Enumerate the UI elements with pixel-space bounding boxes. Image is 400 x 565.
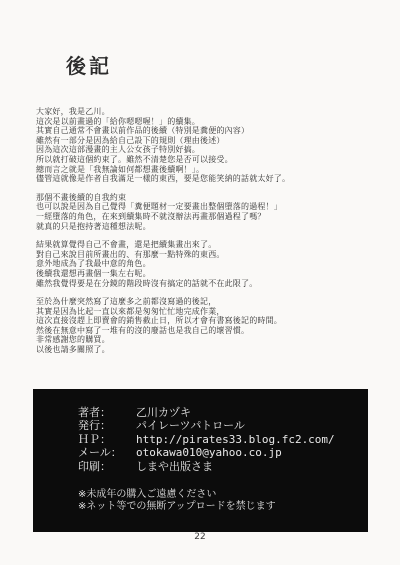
colophon-box: 著者： 乙川カヅキ 発行： パイレーツパトロール ＨＰ： http://pira… — [33, 389, 368, 532]
afterword-line: 所以就打破這個約束了。雖然不清楚您是否可以接受。 — [36, 155, 371, 165]
afterword-line: 其實自己通常不會畫以前作品的後續（特別是糞便的內容） — [36, 126, 371, 136]
afterword-line: 至於為什麼突然寫了這麼多之前都沒寫過的後記， — [36, 297, 371, 307]
colophon-credits: 著者： 乙川カヅキ 発行： パイレーツパトロール ＨＰ： http://pira… — [78, 406, 335, 473]
colophon-row-author: 著者： 乙川カヅキ — [78, 406, 335, 419]
afterword-paragraph: 大家好，我是乙川。 這次是以前畫過的「給你嗯嗯喔！」的續集。 其實自己通常不會畫… — [36, 107, 371, 184]
afterword-line: 其實是因為比起一直以來都是匆匆忙忙地完成作業， — [36, 307, 371, 317]
page-title: 後記 — [66, 50, 112, 79]
page-number: 22 — [0, 532, 400, 542]
afterword-line: 以後也請多關照了。 — [36, 345, 371, 355]
colophon-value-publisher: パイレーツパトロール — [136, 419, 245, 432]
afterword-paragraph: 至於為什麼突然寫了這麼多之前都沒寫過的後記， 其實是因為比起一直以來都是匆匆忙忙… — [36, 297, 371, 355]
colophon-label-publisher: 発行： — [78, 419, 136, 432]
afterword-line: 一經墮落的角色，在來到續集時不就沒辦法再畫那個過程了嗎？ — [36, 212, 371, 222]
colophon-label-homepage: ＨＰ： — [78, 433, 136, 446]
afterword-line: 這次是以前畫過的「給你嗯嗯喔！」的續集。 — [36, 117, 371, 127]
colophon-label-email: メール： — [78, 446, 136, 459]
colophon-row-printer: 印刷： しまや出版さま — [78, 460, 335, 473]
afterword-line: 大家好，我是乙川。 — [36, 107, 371, 117]
colophon-value-author: 乙川カヅキ — [136, 406, 191, 419]
afterword-page: 後記 大家好，我是乙川。 這次是以前畫過的「給你嗯嗯喔！」的續集。 其實自己通常… — [0, 0, 400, 565]
colophon-row-homepage: ＨＰ： http://pirates33.blog.fc2.com/ — [78, 433, 335, 446]
afterword-line: 儘管這就像是作者自我滿足一樣的東西，要是您能笑納的話就太好了。 — [36, 174, 371, 184]
colophon-row-email: メール： otokawa010@yahoo.co.jp — [78, 446, 335, 459]
afterword-line: 因為這次這部漫畫的主人公女孩子特別好搞。 — [36, 145, 371, 155]
afterword-line: 雖然我覺得要是在分鏡的階段時沒有搞定的話就不在此限了。 — [36, 279, 371, 289]
colophon-value-email-address: otokawa010@yahoo.co.jp — [136, 446, 282, 459]
afterword-line: 這次直接沒趕上即賣會的銷售截止日，所以才會有書寫後記的時間。 — [36, 316, 371, 326]
afterword-line: 就真的只是抱持著這種想法呢。 — [36, 222, 371, 232]
colophon-value-homepage-url: http://pirates33.blog.fc2.com/ — [136, 433, 335, 446]
afterword-line: 後續我還想再畫個一集左右呢。 — [36, 269, 371, 279]
colophon-label-author: 著者： — [78, 406, 136, 419]
afterword-line: 非常感謝您的購買。 — [36, 335, 371, 345]
afterword-line: 意外地成為了我最中意的角色。 — [36, 259, 371, 269]
afterword-paragraph: 那個不畫後續的自我約束 也可以說是因為自己覺得「糞便題材一定要畫出整個墮落的過程… — [36, 193, 371, 231]
colophon-value-printer: しまや出版さま — [136, 460, 213, 473]
afterword-line: 結果就算覺得自己不會畫，還是把續集畫出來了。 — [36, 240, 371, 250]
afterword-paragraph: 結果就算覺得自己不會畫，還是把續集畫出來了。 對自己來說目前所畫出的、有那麼一點… — [36, 240, 371, 288]
afterword-line: 雖然有一部分是因為給自己設下的規則（理由後述） — [36, 136, 371, 146]
afterword-line: 總而言之就是「我無論如何都想畫後續啊！」。 — [36, 165, 371, 175]
afterword-body: 大家好，我是乙川。 這次是以前畫過的「給你嗯嗯喔！」的續集。 其實自己通常不會畫… — [36, 107, 371, 364]
note-no-upload: ※ネット等での無断アップロードを禁じます — [78, 501, 276, 513]
colophon-row-publisher: 発行： パイレーツパトロール — [78, 419, 335, 432]
afterword-line: 也可以說是因為自己覺得「糞便題材一定要畫出整個墮落的過程！」 — [36, 202, 371, 212]
afterword-line: 對自己來說目前所畫出的、有那麼一點特殊的東西。 — [36, 250, 371, 260]
colophon-notes: ※未成年の購入ご遠慮ください ※ネット等での無断アップロードを禁じます — [78, 489, 276, 512]
note-no-minors: ※未成年の購入ご遠慮ください — [78, 489, 276, 501]
colophon-label-printer: 印刷： — [78, 460, 136, 473]
afterword-line: 那個不畫後續的自我約束 — [36, 193, 371, 203]
